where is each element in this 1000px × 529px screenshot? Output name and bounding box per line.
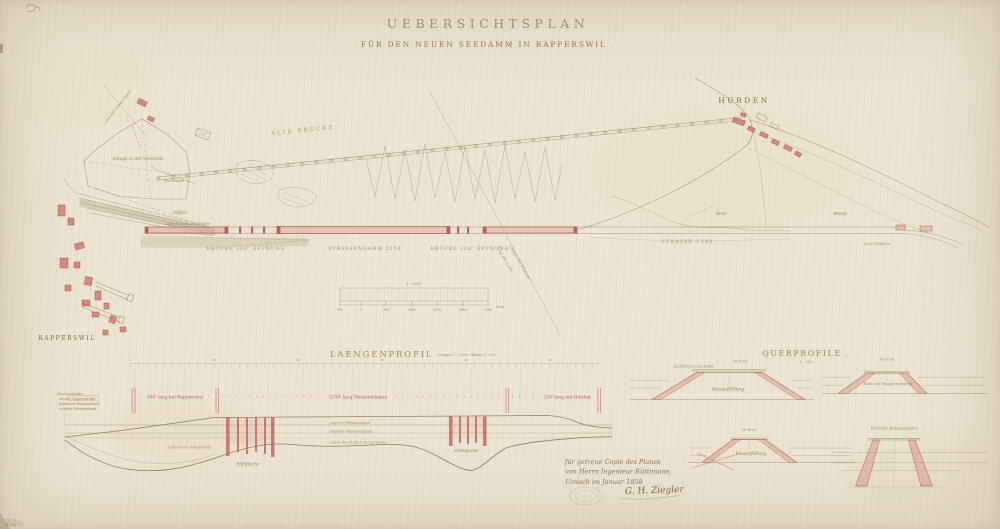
pile-cluster-left [226,418,275,458]
legend-line-1: Wasserstände: [57,392,83,396]
label-piles-left: Pfahljoche [235,463,260,468]
signature-line-1: für getreue Copie des Planes [564,458,661,466]
plan-subtitle: FÜR DEN NEUEN SEEDAMM IN RAPPERSWIL . [361,40,615,49]
scalebar-unit: Fuss [495,305,505,309]
station-number-4: 40 [464,358,468,362]
label-bridge-right: BRÜCKE 226' ÖFFNUNG [431,245,510,252]
profile-scale-note: Längen 1 : 2500. Höhen 1 : 250. [438,353,497,357]
p2-top-note: 40' breit [880,358,895,362]
scalebar-number-4: 1500 [433,308,441,312]
label-hurden: HURDEN [718,96,770,105]
scalebar-caption: 1 : 2500 [406,281,422,286]
label-ground-line: Linie des festen Seegrundes [329,440,387,445]
station-number-3: 30 [380,358,384,362]
scalebar-number-1: 0 [360,308,362,312]
legend-line-2: oberer Wasserstand [59,397,96,401]
p2-fill-label: Kies und Baggermaterial [862,381,913,386]
sandbanks [236,161,317,207]
p1-top-note: 40' breit [733,360,748,364]
profile-legend: Wasserstände: oberer Wasserstand mittler… [57,392,100,411]
station-number-2: 20 [296,358,300,362]
scalebar-number-3: 1000 [408,308,416,312]
station-number-1: 10 [212,358,216,362]
p3-top-note: 30' breit [742,428,757,432]
legend-line-4: tiefster Wasserstand [59,407,97,411]
label-nach-pfaeffikon: nach Pfäffikon [864,242,891,246]
scalebar-number-2: 500 [383,308,389,312]
signature-line-2: von Herrn Ingenieur Rüttimann [565,468,670,476]
label-alte-bruecke: ALTE BRÜCKE [270,124,335,138]
paper-stains [30,50,1000,510]
signature-name: G. H. Ziegler [625,485,685,497]
legend-line-3: mittlerer Wasserstand [59,402,100,406]
station-number-0: 0 [129,358,131,362]
p4-top-note: Profil der Brückenpfeiler [871,427,918,431]
label-water-upper: oberer Wasserstand [330,420,371,425]
archive-mark: B. I a. 17 [5,522,24,527]
label-rapperswil: RAPPERSWIL [38,335,95,342]
cross-profile-3 [688,438,854,463]
label-bridge-left: BRÜCKE 300' ÖFFNUNG [207,245,286,252]
p1-fill-label: Kiesauffüllung [711,388,744,393]
label-ground-left: Letten am Seegrunde [167,445,213,450]
scalebar-number-6: 2500 [484,308,492,312]
label-causeway: STRASSENDAMM 3250' [328,246,403,252]
xsec-scale-note: 1 : 250 [800,360,813,364]
label-ried: Ried [715,212,726,217]
p3-fill-label: Kiesauffüllung [735,451,767,456]
plan-title: UEBERSICHTSPLAN [387,16,589,31]
plan-scan-page: UEBERSICHTSPLAN FÜR DEN NEUEN SEEDAMM IN… [0,0,1000,529]
label-stadtbach: Stadtbach [164,178,185,183]
label-hafen: Hafen [172,210,187,216]
xsec-title: QUERPROFILE . [762,349,850,358]
p1-deck-label: Ladebrücke am Hafen [673,365,715,369]
label-water-lower: tiefster Wasserstand [330,428,372,433]
scalebar-number-0: 500 [337,308,343,312]
plan-drawing: UEBERSICHTSPLAN FÜR DEN NEUEN SEEDAMM IN… [0,0,1000,529]
station-number-5: 50 [548,358,552,362]
red-annotation-left: 300' lang bei Rapperswyl [147,396,204,401]
label-seematte: Anlage in der Seematte [111,157,164,162]
pile-cluster-right [449,417,487,447]
label-ladebruecke: Ladebrücke am Hafen [164,221,210,226]
embossed-stamp [570,487,602,505]
red-annotation-mid: 3250' lang Strassendamm [329,396,388,401]
label-strasse: STRASSE 1340' [662,240,717,245]
cross-profile-1 [630,369,814,399]
signature-line-3: Uznach im Januar 1858 [565,478,643,486]
label-piles-right: Pfahljoche [453,449,478,454]
red-annotation-right: 226' lang bei Hurden [543,396,590,401]
scalebar-number-5: 2000 [459,308,467,312]
label-wiese: Wiese [833,212,847,217]
pen-squiggle [26,5,39,12]
